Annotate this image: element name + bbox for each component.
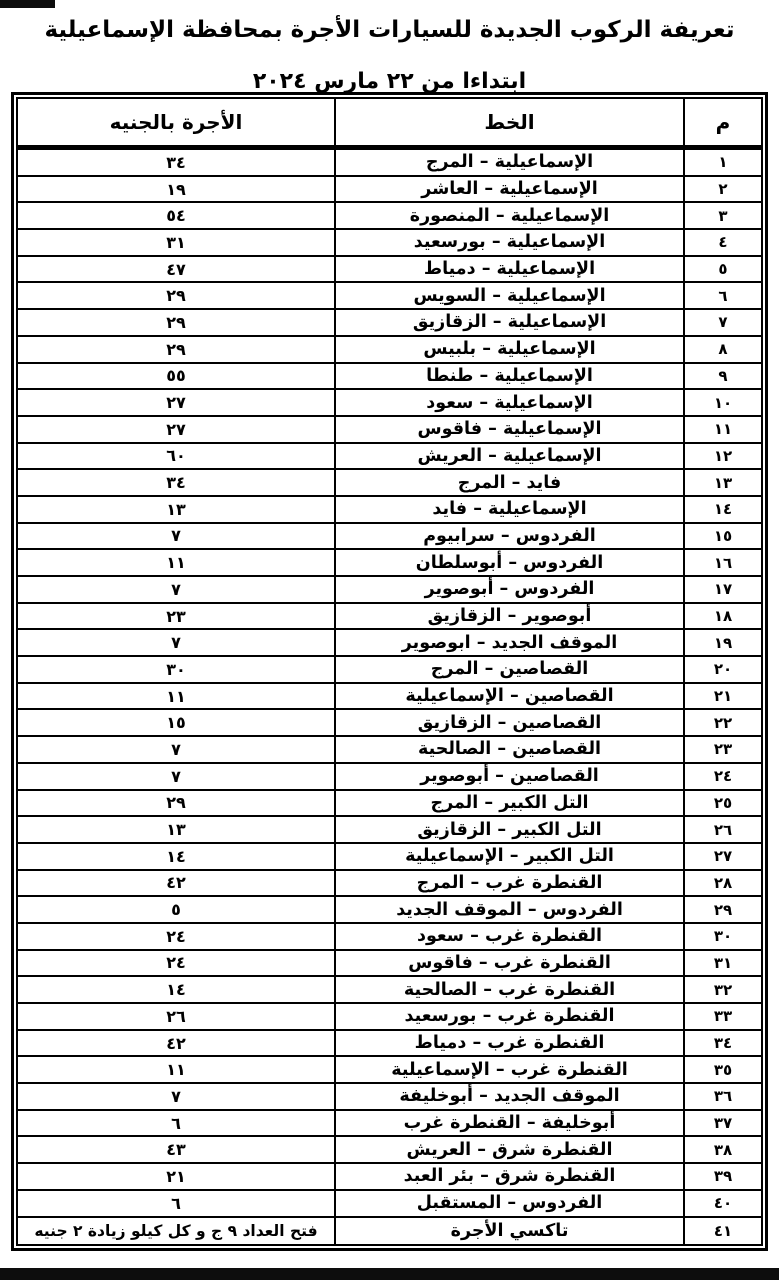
table-row: ٤٠ الفردوس – المستقبل ٦ <box>18 1191 761 1218</box>
fare-cell: ٢١ <box>18 1164 334 1189</box>
route-cell: القصاصين – المرج <box>334 657 683 682</box>
fare-cell: ٦ <box>18 1111 334 1136</box>
header-index: م <box>683 99 761 145</box>
route-cell: التل الكبير – المرج <box>334 791 683 816</box>
row-number-cell: ٥ <box>683 257 761 282</box>
table-row: ٣٨ القنطرة شرق – العريش ٤٣ <box>18 1137 761 1164</box>
route-cell: الإسماعيلية – فاقوس <box>334 417 683 442</box>
table-row: ٢٦ التل الكبير – الزقازيق ١٣ <box>18 817 761 844</box>
row-number-cell: ٣٧ <box>683 1111 761 1136</box>
fare-cell: ٥٤ <box>18 203 334 228</box>
row-number-cell: ٤ <box>683 230 761 255</box>
row-number-cell: ٢٥ <box>683 791 761 816</box>
fare-cell: ١١ <box>18 1057 334 1082</box>
row-number-cell: ٤١ <box>683 1218 761 1245</box>
table-row: ٢٥ التل الكبير – المرج ٢٩ <box>18 791 761 818</box>
table-row: ١٢ الإسماعيلية – العريش ٦٠ <box>18 444 761 471</box>
route-cell: القنطرة غرب – بورسعيد <box>334 1004 683 1029</box>
row-number-cell: ٧ <box>683 310 761 335</box>
route-cell: أبوصوير – الزقازيق <box>334 604 683 629</box>
scan-artifact-top-left <box>0 0 55 8</box>
route-cell: القنطرة شرق – العريش <box>334 1137 683 1162</box>
table-row: ١٦ الفردوس – أبوسلطان ١١ <box>18 550 761 577</box>
fare-cell: ٣٤ <box>18 470 334 495</box>
table-row: ٩ الإسماعيلية – طنطا ٥٥ <box>18 364 761 391</box>
row-number-cell: ٢٣ <box>683 737 761 762</box>
scan-artifact-bottom <box>0 1268 779 1280</box>
route-cell: الفردوس – المستقبل <box>334 1191 683 1216</box>
route-cell: الفردوس – سرابيوم <box>334 524 683 549</box>
table-row: ٢١ القصاصين – الإسماعيلية ١١ <box>18 684 761 711</box>
route-cell: الإسماعيلية – بورسعيد <box>334 230 683 255</box>
fare-cell: ٦ <box>18 1191 334 1216</box>
route-cell: الإسماعيلية – العاشر <box>334 177 683 202</box>
document-page: تعريفة الركوب الجديدة للسيارات الأجرة بم… <box>0 0 779 1280</box>
route-cell: الإسماعيلية – بلبيس <box>334 337 683 362</box>
fare-cell: ٣١ <box>18 230 334 255</box>
table-row: ٣٠ القنطرة غرب – سعود ٢٤ <box>18 924 761 951</box>
table-row: ٣٤ القنطرة غرب – دمياط ٤٢ <box>18 1031 761 1058</box>
row-number-cell: ٢٨ <box>683 871 761 896</box>
route-cell: الفردوس – أبوسلطان <box>334 550 683 575</box>
route-cell: التل الكبير – الزقازيق <box>334 817 683 842</box>
fare-cell: ٢٣ <box>18 604 334 629</box>
row-number-cell: ٣٥ <box>683 1057 761 1082</box>
title-block: تعريفة الركوب الجديدة للسيارات الأجرة بم… <box>0 0 779 97</box>
table-row: ٢٢ القصاصين – الزقازيق ١٥ <box>18 710 761 737</box>
fare-cell: ٦٠ <box>18 444 334 469</box>
row-number-cell: ٢ <box>683 177 761 202</box>
route-cell: فايد – المرج <box>334 470 683 495</box>
fare-cell: ٣٠ <box>18 657 334 682</box>
fare-cell: ٤٣ <box>18 1137 334 1162</box>
route-cell: القنطرة غرب – فاقوس <box>334 951 683 976</box>
route-cell: الإسماعيلية – فايد <box>334 497 683 522</box>
route-cell: الإسماعيلية – المنصورة <box>334 203 683 228</box>
table-row: ٤١ تاكسي الأجرة فتح العداد ٩ ج و كل كيلو… <box>18 1218 761 1245</box>
fare-cell: ٧ <box>18 1084 334 1109</box>
fare-cell: ٤٢ <box>18 1031 334 1056</box>
fare-cell: ٣٤ <box>18 150 334 175</box>
fare-cell: ٢٤ <box>18 924 334 949</box>
fare-cell: ٢٩ <box>18 310 334 335</box>
row-number-cell: ١ <box>683 150 761 175</box>
table-row: ٥ الإسماعيلية – دمياط ٤٧ <box>18 257 761 284</box>
row-number-cell: ١٧ <box>683 577 761 602</box>
table-row: ٢٣ القصاصين – الصالحية ٧ <box>18 737 761 764</box>
row-number-cell: ٣٣ <box>683 1004 761 1029</box>
route-cell: الفردوس – أبوصوير <box>334 577 683 602</box>
row-number-cell: ١٥ <box>683 524 761 549</box>
fare-cell: ٤٧ <box>18 257 334 282</box>
row-number-cell: ١٠ <box>683 390 761 415</box>
route-cell: الإسماعيلية – دمياط <box>334 257 683 282</box>
row-number-cell: ٢١ <box>683 684 761 709</box>
table-row: ٢٤ القصاصين – أبوصوير ٧ <box>18 764 761 791</box>
fare-cell: ٢٩ <box>18 283 334 308</box>
fare-cell: ١٣ <box>18 497 334 522</box>
row-number-cell: ٣٩ <box>683 1164 761 1189</box>
row-number-cell: ١٨ <box>683 604 761 629</box>
row-number-cell: ٢٤ <box>683 764 761 789</box>
table-row: ١٩ الموقف الجديد – ابوصوير ٧ <box>18 630 761 657</box>
row-number-cell: ٣١ <box>683 951 761 976</box>
fare-cell: ٤٢ <box>18 871 334 896</box>
fare-cell: ٧ <box>18 524 334 549</box>
fare-cell: ٧ <box>18 577 334 602</box>
table-row: ٣ الإسماعيلية – المنصورة ٥٤ <box>18 203 761 230</box>
route-cell: تاكسي الأجرة <box>334 1218 683 1245</box>
header-fare: الأجرة بالجنيه <box>18 99 334 145</box>
table-row: ٣٦ الموقف الجديد – أبوخليفة ٧ <box>18 1084 761 1111</box>
fare-cell: ١٣ <box>18 817 334 842</box>
fare-table: م الخط الأجرة بالجنيه ١ الإسماعيلية – ال… <box>11 92 768 1251</box>
row-number-cell: ٣٠ <box>683 924 761 949</box>
fare-cell: ٢٧ <box>18 390 334 415</box>
fare-cell: ١١ <box>18 684 334 709</box>
document-title: تعريفة الركوب الجديدة للسيارات الأجرة بم… <box>0 14 779 46</box>
table-row: ١٠ الإسماعيلية – سعود ٢٧ <box>18 390 761 417</box>
table-row: ١٣ فايد – المرج ٣٤ <box>18 470 761 497</box>
fare-cell: ٥٥ <box>18 364 334 389</box>
table-row: ١٧ الفردوس – أبوصوير ٧ <box>18 577 761 604</box>
fare-cell: ١٤ <box>18 977 334 1002</box>
route-cell: الإسماعيلية – طنطا <box>334 364 683 389</box>
route-cell: القنطرة غرب – دمياط <box>334 1031 683 1056</box>
table-row: ٣١ القنطرة غرب – فاقوس ٢٤ <box>18 951 761 978</box>
fare-cell: ٧ <box>18 737 334 762</box>
route-cell: أبوخليفة – القنطرة غرب <box>334 1111 683 1136</box>
route-cell: الإسماعيلية – السويس <box>334 283 683 308</box>
table-row: ٢٧ التل الكبير – الإسماعيلية ١٤ <box>18 844 761 871</box>
fare-cell: ٢٤ <box>18 951 334 976</box>
table-row: ١٥ الفردوس – سرابيوم ٧ <box>18 524 761 551</box>
row-number-cell: ٢٠ <box>683 657 761 682</box>
fare-cell: ٥ <box>18 897 334 922</box>
fare-cell: ١٥ <box>18 710 334 735</box>
header-route: الخط <box>334 99 683 145</box>
fare-cell: ٢٩ <box>18 337 334 362</box>
fare-cell: ٢٧ <box>18 417 334 442</box>
fare-table-inner: م الخط الأجرة بالجنيه ١ الإسماعيلية – ال… <box>16 97 763 1246</box>
table-row: ٣٢ القنطرة غرب – الصالحية ١٤ <box>18 977 761 1004</box>
route-cell: القنطرة غرب – الصالحية <box>334 977 683 1002</box>
route-cell: الإسماعيلية – الزقازيق <box>334 310 683 335</box>
route-cell: الإسماعيلية – العريش <box>334 444 683 469</box>
row-number-cell: ٣٤ <box>683 1031 761 1056</box>
table-row: ٢٨ القنطرة غرب – المرج ٤٢ <box>18 871 761 898</box>
table-row: ٣٥ القنطرة غرب – الإسماعيلية ١١ <box>18 1057 761 1084</box>
fare-cell: فتح العداد ٩ ج و كل كيلو زيادة ٢ جنيه <box>18 1218 334 1245</box>
route-cell: الموقف الجديد – أبوخليفة <box>334 1084 683 1109</box>
row-number-cell: ٤٠ <box>683 1191 761 1216</box>
row-number-cell: ٣ <box>683 203 761 228</box>
row-number-cell: ٢٦ <box>683 817 761 842</box>
row-number-cell: ١٢ <box>683 444 761 469</box>
route-cell: القنطرة غرب – سعود <box>334 924 683 949</box>
row-number-cell: ١٩ <box>683 630 761 655</box>
table-row: ١١ الإسماعيلية – فاقوس ٢٧ <box>18 417 761 444</box>
table-row: ٤ الإسماعيلية – بورسعيد ٣١ <box>18 230 761 257</box>
route-cell: القنطرة غرب – الإسماعيلية <box>334 1057 683 1082</box>
route-cell: القصاصين – أبوصوير <box>334 764 683 789</box>
row-number-cell: ١٦ <box>683 550 761 575</box>
route-cell: القنطرة شرق – بئر العبد <box>334 1164 683 1189</box>
fare-cell: ٧ <box>18 630 334 655</box>
table-row: ٢٠ القصاصين – المرج ٣٠ <box>18 657 761 684</box>
route-cell: القصاصين – الصالحية <box>334 737 683 762</box>
row-number-cell: ٩ <box>683 364 761 389</box>
table-row: ١٨ أبوصوير – الزقازيق ٢٣ <box>18 604 761 631</box>
row-number-cell: ١٤ <box>683 497 761 522</box>
row-number-cell: ٣٢ <box>683 977 761 1002</box>
fare-cell: ٢٩ <box>18 791 334 816</box>
table-row: ٣٩ القنطرة شرق – بئر العبد ٢١ <box>18 1164 761 1191</box>
fare-cell: ٢٦ <box>18 1004 334 1029</box>
table-row: ٣٣ القنطرة غرب – بورسعيد ٢٦ <box>18 1004 761 1031</box>
fare-cell: ١٩ <box>18 177 334 202</box>
table-row: ٣٧ أبوخليفة – القنطرة غرب ٦ <box>18 1111 761 1138</box>
fare-cell: ١٤ <box>18 844 334 869</box>
row-number-cell: ٢٧ <box>683 844 761 869</box>
table-row: ٦ الإسماعيلية – السويس ٢٩ <box>18 283 761 310</box>
row-number-cell: ١١ <box>683 417 761 442</box>
table-row: ١ الإسماعيلية – المرج ٣٤ <box>18 150 761 177</box>
route-cell: القصاصين – الزقازيق <box>334 710 683 735</box>
row-number-cell: ٨ <box>683 337 761 362</box>
row-number-cell: ٢٩ <box>683 897 761 922</box>
table-body: ١ الإسماعيلية – المرج ٣٤ ٢ الإسماعيلية –… <box>18 150 761 1244</box>
table-row: ٨ الإسماعيلية – بلبيس ٢٩ <box>18 337 761 364</box>
row-number-cell: ٣٦ <box>683 1084 761 1109</box>
row-number-cell: ٣٨ <box>683 1137 761 1162</box>
route-cell: القصاصين – الإسماعيلية <box>334 684 683 709</box>
fare-cell: ٧ <box>18 764 334 789</box>
table-row: ٧ الإسماعيلية – الزقازيق ٢٩ <box>18 310 761 337</box>
table-row: ١٤ الإسماعيلية – فايد ١٣ <box>18 497 761 524</box>
table-row: ٢ الإسماعيلية – العاشر ١٩ <box>18 177 761 204</box>
row-number-cell: ٢٢ <box>683 710 761 735</box>
fare-cell: ١١ <box>18 550 334 575</box>
row-number-cell: ٦ <box>683 283 761 308</box>
route-cell: القنطرة غرب – المرج <box>334 871 683 896</box>
route-cell: الفردوس – الموقف الجديد <box>334 897 683 922</box>
route-cell: الموقف الجديد – ابوصوير <box>334 630 683 655</box>
route-cell: التل الكبير – الإسماعيلية <box>334 844 683 869</box>
table-header-row: م الخط الأجرة بالجنيه <box>18 99 761 150</box>
route-cell: الإسماعيلية – سعود <box>334 390 683 415</box>
table-row: ٢٩ الفردوس – الموقف الجديد ٥ <box>18 897 761 924</box>
route-cell: الإسماعيلية – المرج <box>334 150 683 175</box>
row-number-cell: ١٣ <box>683 470 761 495</box>
